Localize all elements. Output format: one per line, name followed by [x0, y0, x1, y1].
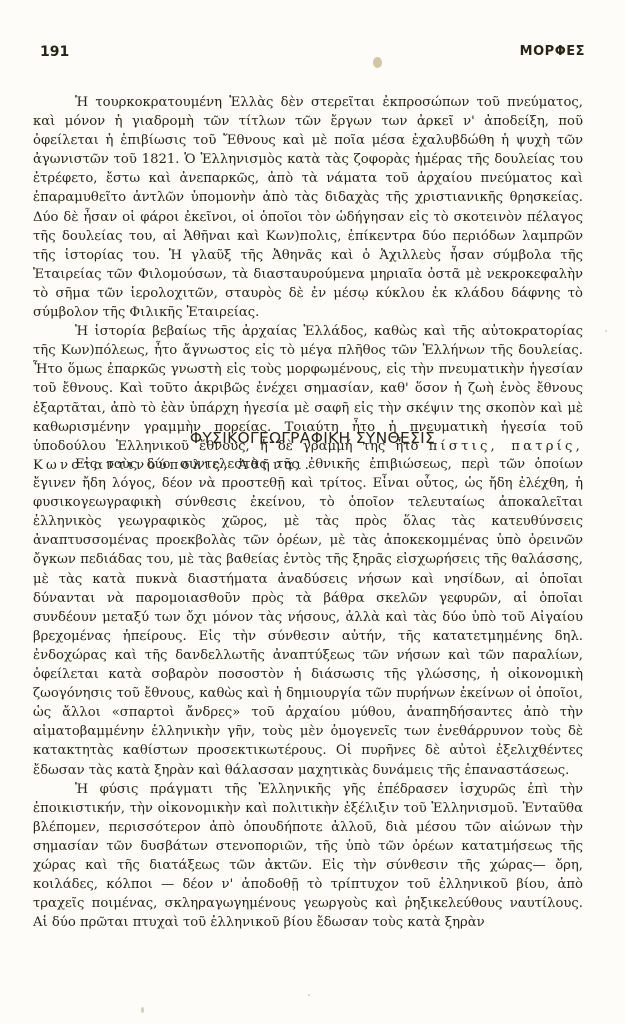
paper-speck	[308, 994, 310, 996]
paragraph-1: Ἡ τουρκοκρατουμένη Ἑλλὰς δὲν στερεῖται ἐ…	[33, 93, 583, 322]
ink-blot-mark	[373, 57, 382, 68]
paragraph-4: Ἡ φύσις πράγματι τῆς Ἑλληνικῆς γῆς ἐπέδρ…	[33, 780, 583, 933]
running-title: ΜΟΡΦΕΣ	[520, 44, 585, 59]
page-header: 191 ΜΟΡΦΕΣ	[40, 44, 585, 64]
paragraph-3-text: Εἰς τοὺς δύο συντελεστὰς τῆς ἐθνικῆς ἐπι…	[33, 457, 583, 778]
paper-speck	[605, 330, 607, 332]
paragraph-2: Ἡ ἱστορία βεβαίως τῆς ἀρχαίας Ἑλλάδος, κ…	[33, 322, 583, 475]
section-heading: ΦΥΣΙΚΟΓΕΩΓΡΑΦΙΚΗ ΣΥΝΘΕΣΙΣ	[0, 429, 625, 447]
paragraph-3: Εἰς τοὺς δύο συντελεστὰς τῆς ἐθνικῆς ἐπι…	[33, 455, 583, 780]
body-text-top: Ἡ τουρκοκρατουμένη Ἑλλὰς δὲν στερεῖται ἐ…	[33, 93, 583, 475]
body-text-bottom: Εἰς τοὺς δύο συντελεστὰς τῆς ἐθνικῆς ἐπι…	[33, 455, 583, 932]
page-number: 191	[40, 44, 69, 60]
paragraph-1-text: Ἡ τουρκοκρατουμένη Ἑλλὰς δὲν στερεῖται ἐ…	[33, 95, 583, 320]
paper-speck	[141, 1007, 144, 1013]
paragraph-4-text: Ἡ φύσις πράγματι τῆς Ἑλληνικῆς γῆς ἐπέδρ…	[33, 782, 583, 931]
